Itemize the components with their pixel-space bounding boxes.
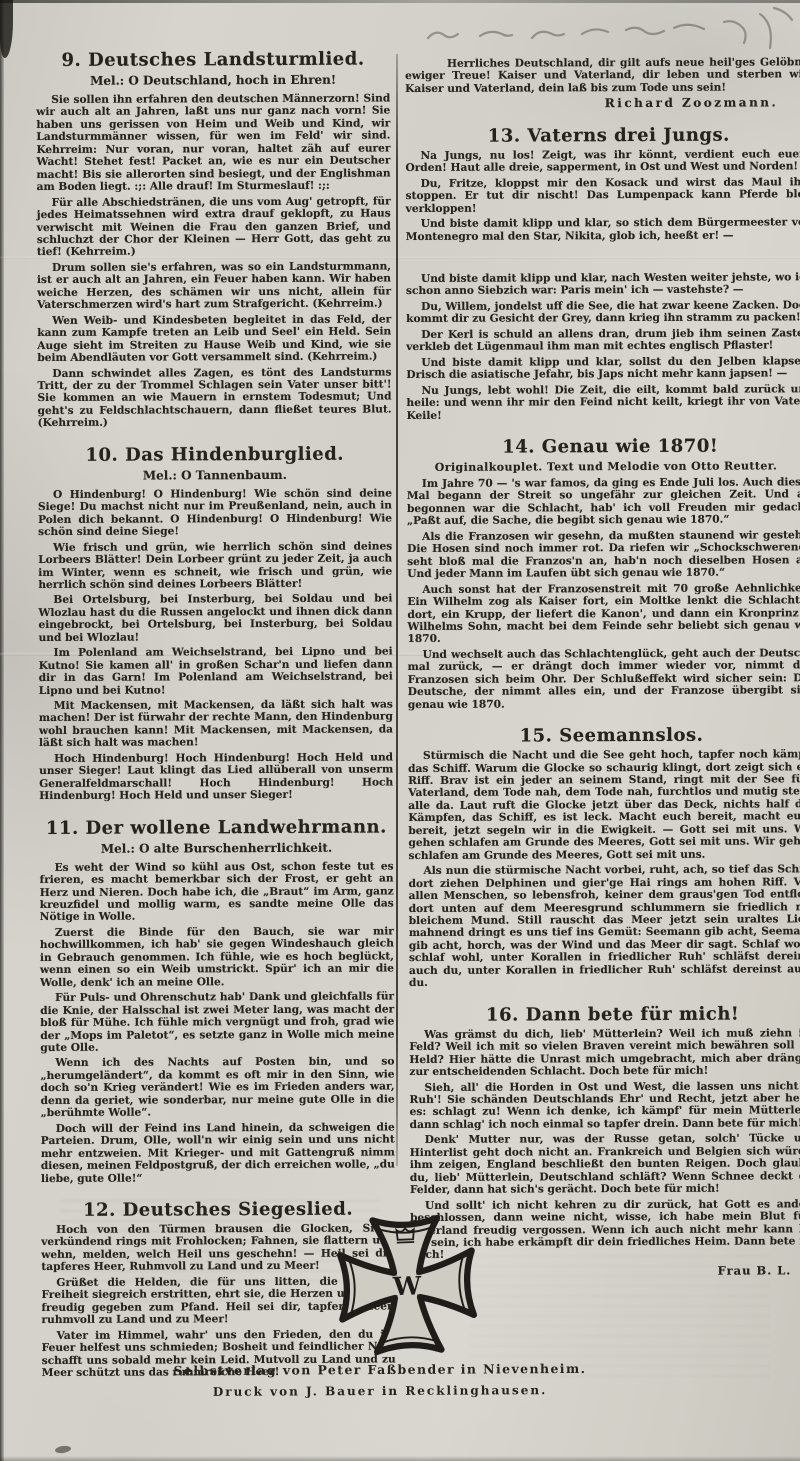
song-title: 9. Deutsches Landsturmlied. <box>36 48 390 71</box>
carryover-paragraph: Herrliches Deutschland, dir gilt aufs ne… <box>405 56 800 95</box>
song-paragraph: Als nun die stürmische Nacht vorbei, ruh… <box>409 863 800 989</box>
song-paragraph: Für Puls- und Ohrenschutz hab' Dank und … <box>40 991 394 1055</box>
monogram-w: W <box>391 1270 422 1301</box>
song-section-9: 9. Deutsches Landsturmlied. Mel.: O Deut… <box>36 48 392 429</box>
melody-line: Mel.: O alte Burschenherrlichkeit. <box>39 840 393 856</box>
song-paragraph: Als die Franzosen wir gesehn, da mußten … <box>407 529 800 581</box>
song-section-14: 14. Genau wie 1870! Originalkouplet. Tex… <box>407 435 800 711</box>
song-paragraph: Wenn ich des Nachts auf Posten bin, und … <box>40 1056 394 1120</box>
song-paragraph: Der Kerl is schuld an allens dran, drum … <box>406 327 800 354</box>
author-signature: Richard Zoozmann. <box>405 97 778 111</box>
song-section-15: 15. Seemannslos. Stürmisch die Nacht und… <box>408 724 800 989</box>
song-title: 15. Seemannslos. <box>408 724 800 747</box>
ink-spot <box>55 1445 72 1454</box>
song-title: 10. Das Hindenburglied. <box>38 443 392 466</box>
song-title: 11. Der wollene Landwehrmann. <box>39 816 393 839</box>
song-paragraph: Drum sollen sie's erfahren, was so ein L… <box>37 260 391 311</box>
song-title: 16. Dann bete für mich! <box>409 1003 800 1026</box>
song-paragraph: Wie frisch und grün, wie herrlich schön … <box>38 540 392 591</box>
song-paragraph: Im Jahre 70 — 's war famos, da ging es E… <box>407 476 800 528</box>
song-paragraph: Dann schwindet alles Zagen, es tönt des … <box>37 366 391 430</box>
song-paragraph: O Hindenburg! O Hindenburg! Wie schön si… <box>38 487 392 538</box>
song-paragraph: Nu Jungs, lebt wohl! Die Zeit, die eilt,… <box>406 383 800 422</box>
song-paragraph: Für alle Abschiedstränen, die uns vom Au… <box>37 195 391 259</box>
song-paragraph: Es weht der Wind so kühl aus Ost, schon … <box>40 860 394 924</box>
song-paragraph: Im Polenland am Weichselstrand, bei Lipn… <box>39 646 393 697</box>
song-paragraph: Wen Weib- und Kindesbeten begleitet in d… <box>37 313 391 364</box>
song-paragraph: Und wechselt auch das Schlachtenglück, g… <box>408 647 800 711</box>
handwritten-ink-marks <box>412 6 798 62</box>
melody-line: Mel.: O Deutschland, hoch in Ehren! <box>36 72 390 88</box>
song-section-10: 10. Das Hindenburglied. Mel.: O Tannenba… <box>38 443 394 802</box>
song-paragraph: Zuerst die Binde für den Bauch, sie war … <box>40 925 394 989</box>
song-section-13: 13. Vaterns drei Jungs. Na Jungs, nu los… <box>405 124 800 422</box>
right-column: Herrliches Deutschland, dir gilt aufs ne… <box>405 56 800 1278</box>
credit-line: Originalkouplet. Text und Melodie von Ot… <box>407 459 800 474</box>
song-paragraph: Mit Mackensen, mit Mackensen, da läßt si… <box>39 698 393 749</box>
song-paragraph: Bei Ortelsburg, bei Insterburg, bei Sold… <box>38 593 392 644</box>
publisher-line: Selbstverlag von Peter Faßbender in Niev… <box>100 1361 660 1379</box>
song-paragraph: Was grämst du dich, lieb' Mütterlein? We… <box>409 1027 800 1079</box>
scanned-songsheet-page: 9. Deutsches Landsturmlied. Mel.: O Deut… <box>0 0 800 1461</box>
printer-line: Druck von J. Bauer in Recklinghausen. <box>100 1383 660 1400</box>
song-paragraph: Sie sollen ihn erfahren den deutschen Mä… <box>36 92 390 193</box>
scan-corner-mark <box>0 0 13 58</box>
scan-edge-left <box>0 0 4 1461</box>
song-paragraph: Denk' Mutter nur, was der Russe getan, s… <box>410 1133 800 1197</box>
song-section-11: 11. Der wollene Landwehrmann. Mel.: O al… <box>39 816 395 1185</box>
scan-edge-bottom <box>0 1456 800 1461</box>
song-title: 14. Genau wie 1870! <box>407 435 800 458</box>
song-paragraph: Hoch Hindenburg! Hoch Hindenburg! Hoch H… <box>39 751 393 802</box>
song-paragraph: Sieh, all' die Horden in Ost und West, d… <box>409 1080 800 1132</box>
imprint-footer: Selbstverlag von Peter Faßbender in Niev… <box>100 1361 660 1400</box>
iron-cross-emblem: W <box>331 1215 483 1355</box>
song-paragraph: Du, Willem, jondelst uff die See, die ha… <box>406 299 800 326</box>
song-paragraph: Doch will der Feind ins Land hinein, da … <box>41 1121 395 1185</box>
scan-edge-top <box>0 0 800 3</box>
song-paragraph: Und biste damit klipp und klar, so stich… <box>406 216 800 243</box>
song-paragraph: Stürmisch die Nacht und die See geht hoc… <box>408 748 800 862</box>
song-paragraph: Und biste damit klipp und klar, nach Wes… <box>406 271 800 298</box>
melody-line: Mel.: O Tannenbaum. <box>38 467 392 483</box>
left-column: 9. Deutsches Landsturmlied. Mel.: O Deut… <box>36 48 396 1382</box>
song-paragraph: Und biste damit klipp und klar, sollst d… <box>406 355 800 382</box>
column-divider-rule <box>396 54 398 1166</box>
song-title: 13. Vaterns drei Jungs. <box>405 124 800 147</box>
song-paragraph: Auch sonst hat der Franzosenstreit mit 7… <box>407 582 800 646</box>
song-paragraph: Na Jungs, nu los! Zeigt, was ihr könnt, … <box>405 148 800 175</box>
song-paragraph: Du, Fritze, kloppst mir den Kosack und w… <box>406 176 800 215</box>
